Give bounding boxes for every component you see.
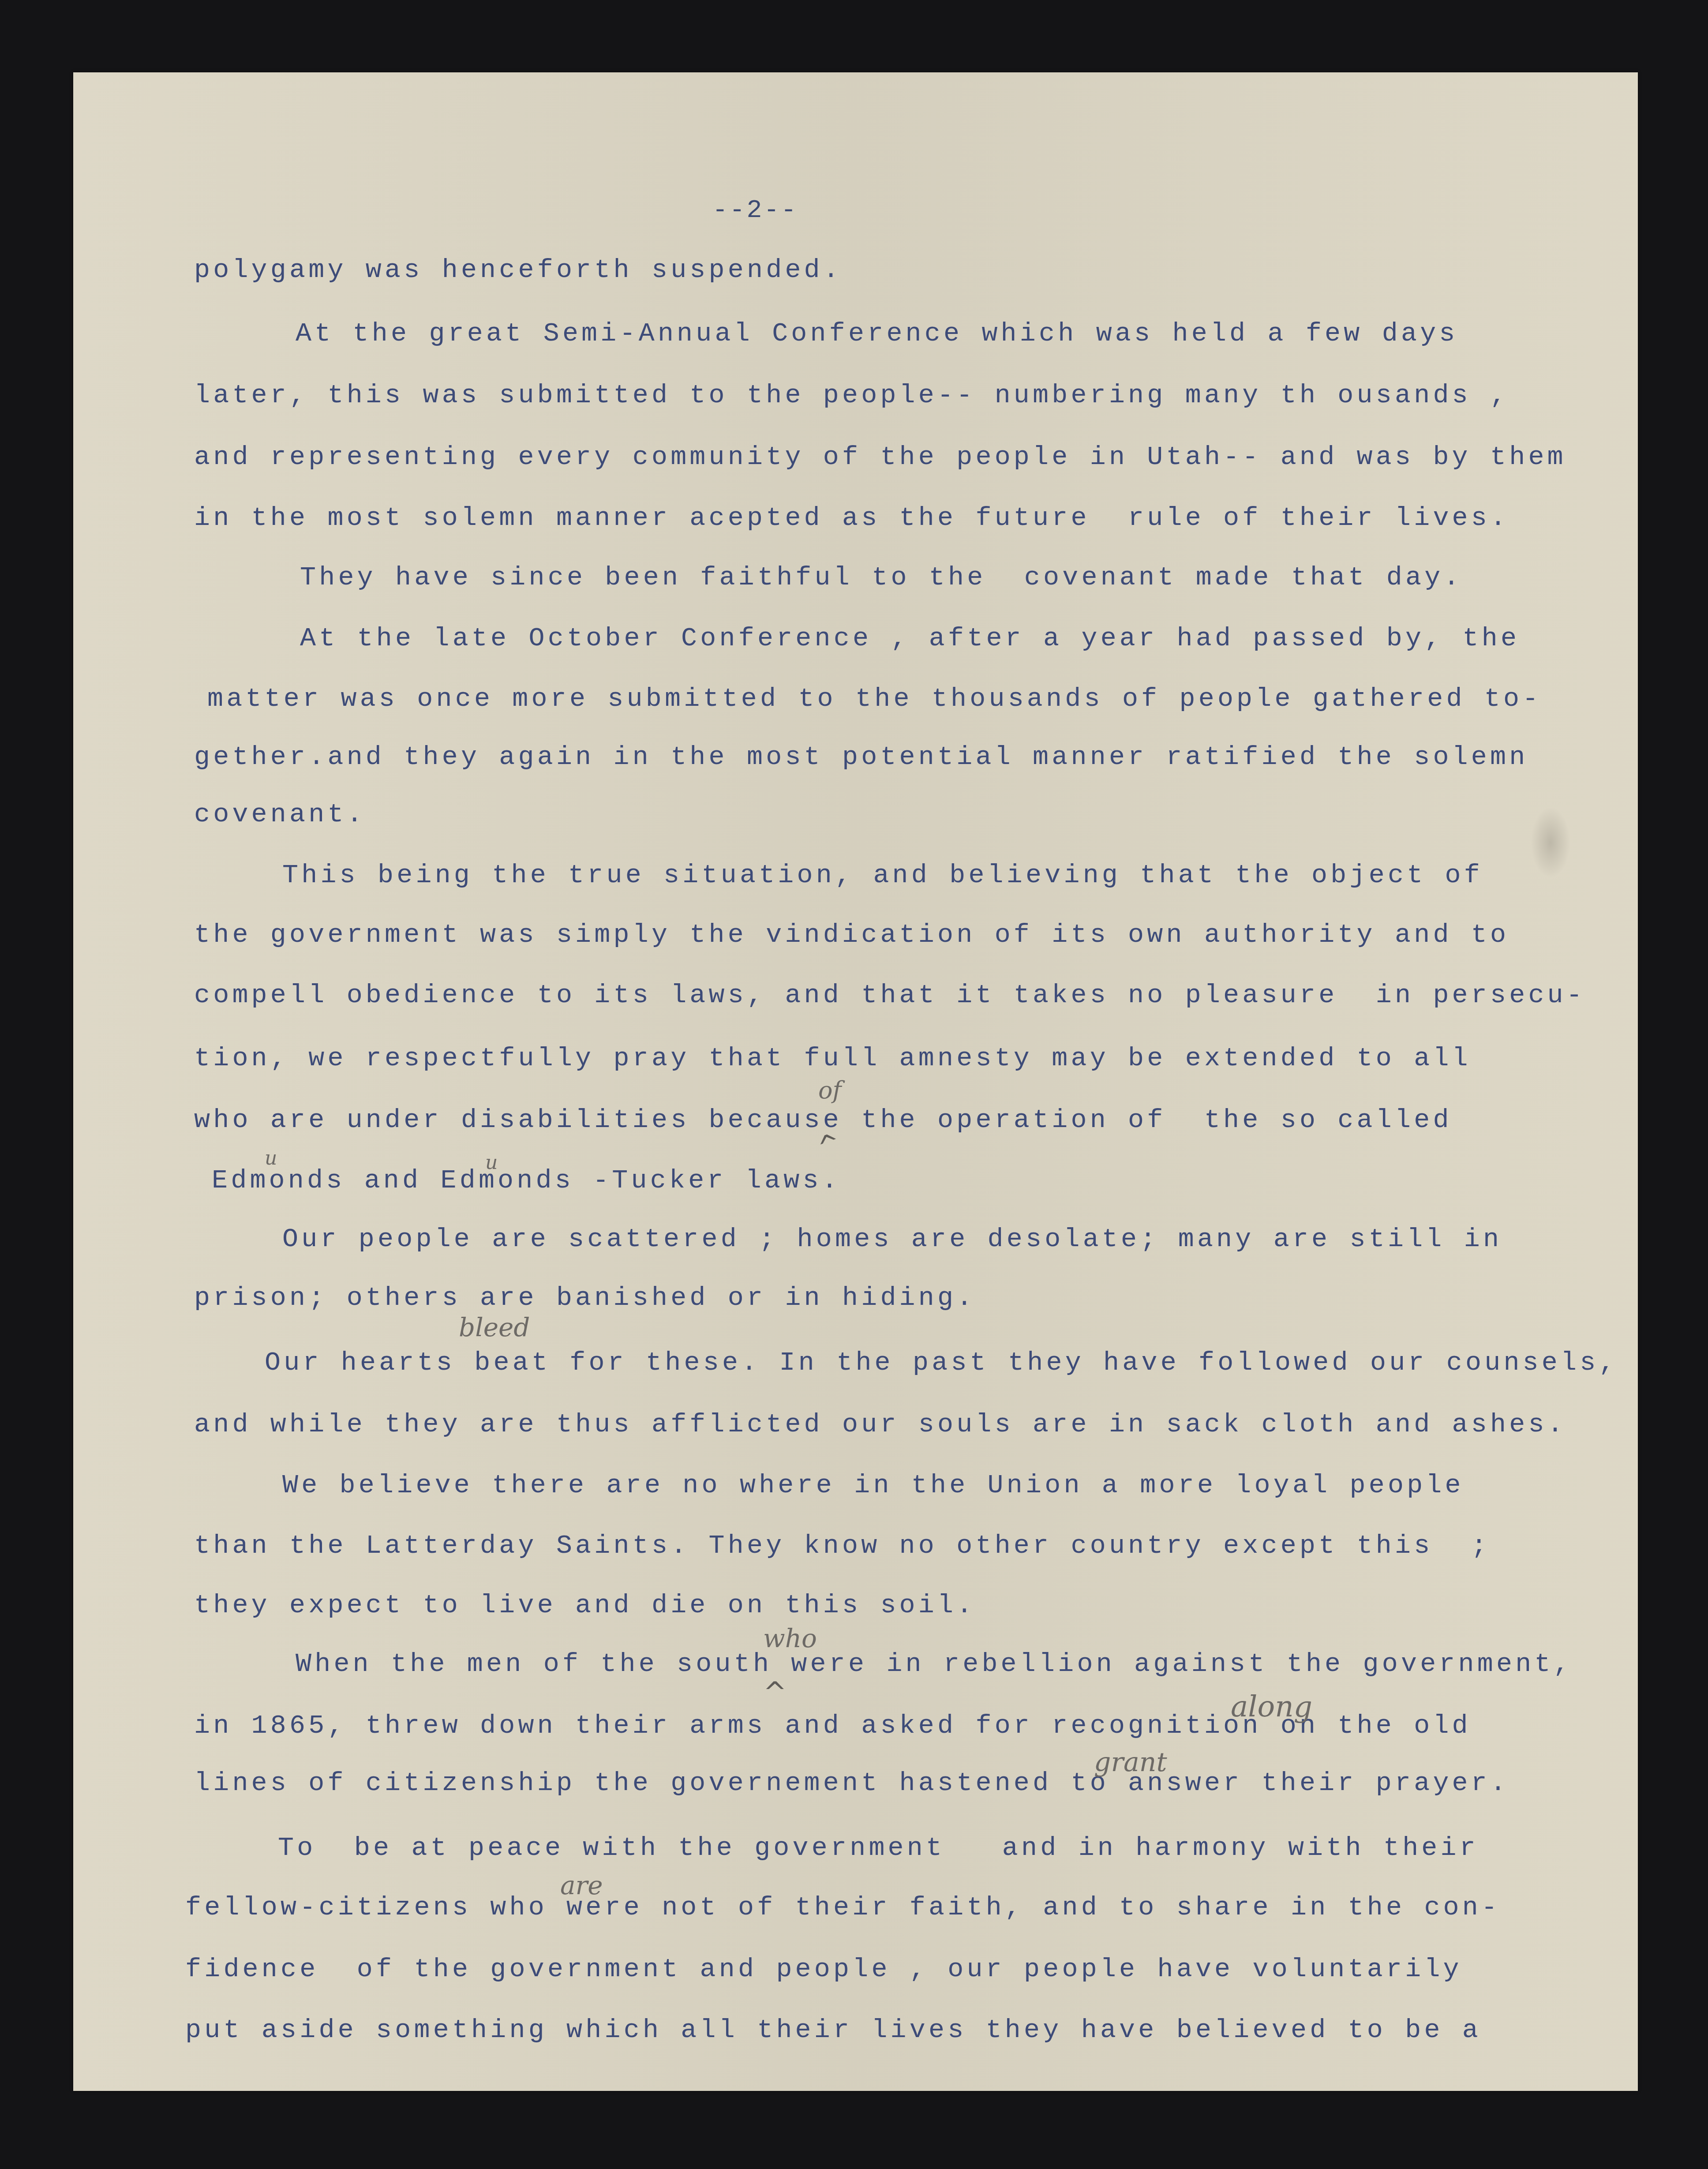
annotation-u: u [265, 1147, 277, 1169]
text-line: compell obedience to its laws, and that … [194, 980, 1585, 1011]
annotation-u: u [485, 1151, 498, 1174]
text-line: At the great Semi-Annual Conference whic… [296, 318, 1458, 349]
text-line: To be at peace with the government and i… [278, 1833, 1479, 1864]
text-line: lines of citizenship the governement has… [194, 1768, 1509, 1799]
text-line: tion, we respectfully pray that full amn… [194, 1043, 1471, 1074]
text-line: When the men of the south were in rebell… [296, 1649, 1573, 1680]
text-line: They have since been faithful to the cov… [300, 562, 1463, 593]
annotation-of: of [818, 1076, 842, 1104]
text-line: This being the true situation, and belie… [282, 860, 1483, 891]
annotation-grant: grant [1094, 1747, 1167, 1778]
text-line: Our people are scattered ; homes are des… [282, 1224, 1502, 1255]
text-line: than the Latterday Saints. They know no … [194, 1531, 1490, 1562]
annotation-bleed: bleed [459, 1312, 530, 1342]
text-line: put aside something which all their live… [185, 2015, 1481, 2046]
text-line: We believe there are no where in the Uni… [282, 1470, 1464, 1501]
text-line: gether.and they again in the most potent… [194, 742, 1528, 773]
text-line: Edmonds and Edmonds -Tucker laws. [212, 1165, 841, 1196]
annotation-along: along [1231, 1689, 1312, 1723]
annotation-are: are [560, 1870, 603, 1900]
text-line: Our hearts beat for these. In the past t… [265, 1348, 1618, 1379]
paper-smudge [1531, 807, 1570, 878]
text-line: polygamy was henceforth suspended. [194, 255, 842, 286]
text-line: they expect to live and die on this soil… [194, 1590, 975, 1621]
text-line: fidence of the government and people , o… [185, 1954, 1462, 1985]
text-line: the government was simply the vindicatio… [194, 920, 1509, 951]
annotation-who: who [763, 1623, 817, 1653]
caret-insert-icon: ^ [763, 1676, 787, 1709]
text-line: matter was once more submitted to the th… [207, 684, 1541, 715]
text-line: and representing every community of the … [194, 442, 1566, 473]
text-line: At the late October Conference , after a… [300, 623, 1520, 654]
page-number: --2-- [712, 196, 798, 225]
text-line: and while they are thus afflicted our so… [194, 1409, 1566, 1440]
text-line: fellow-citizens who were not of their fa… [185, 1892, 1500, 1923]
text-line: in the most solemn manner acepted as the… [194, 503, 1509, 534]
text-line: later, this was submitted to the people-… [194, 380, 1509, 411]
text-line: prison; others are banished or in hiding… [194, 1283, 975, 1314]
text-line: covenant. [194, 799, 366, 830]
